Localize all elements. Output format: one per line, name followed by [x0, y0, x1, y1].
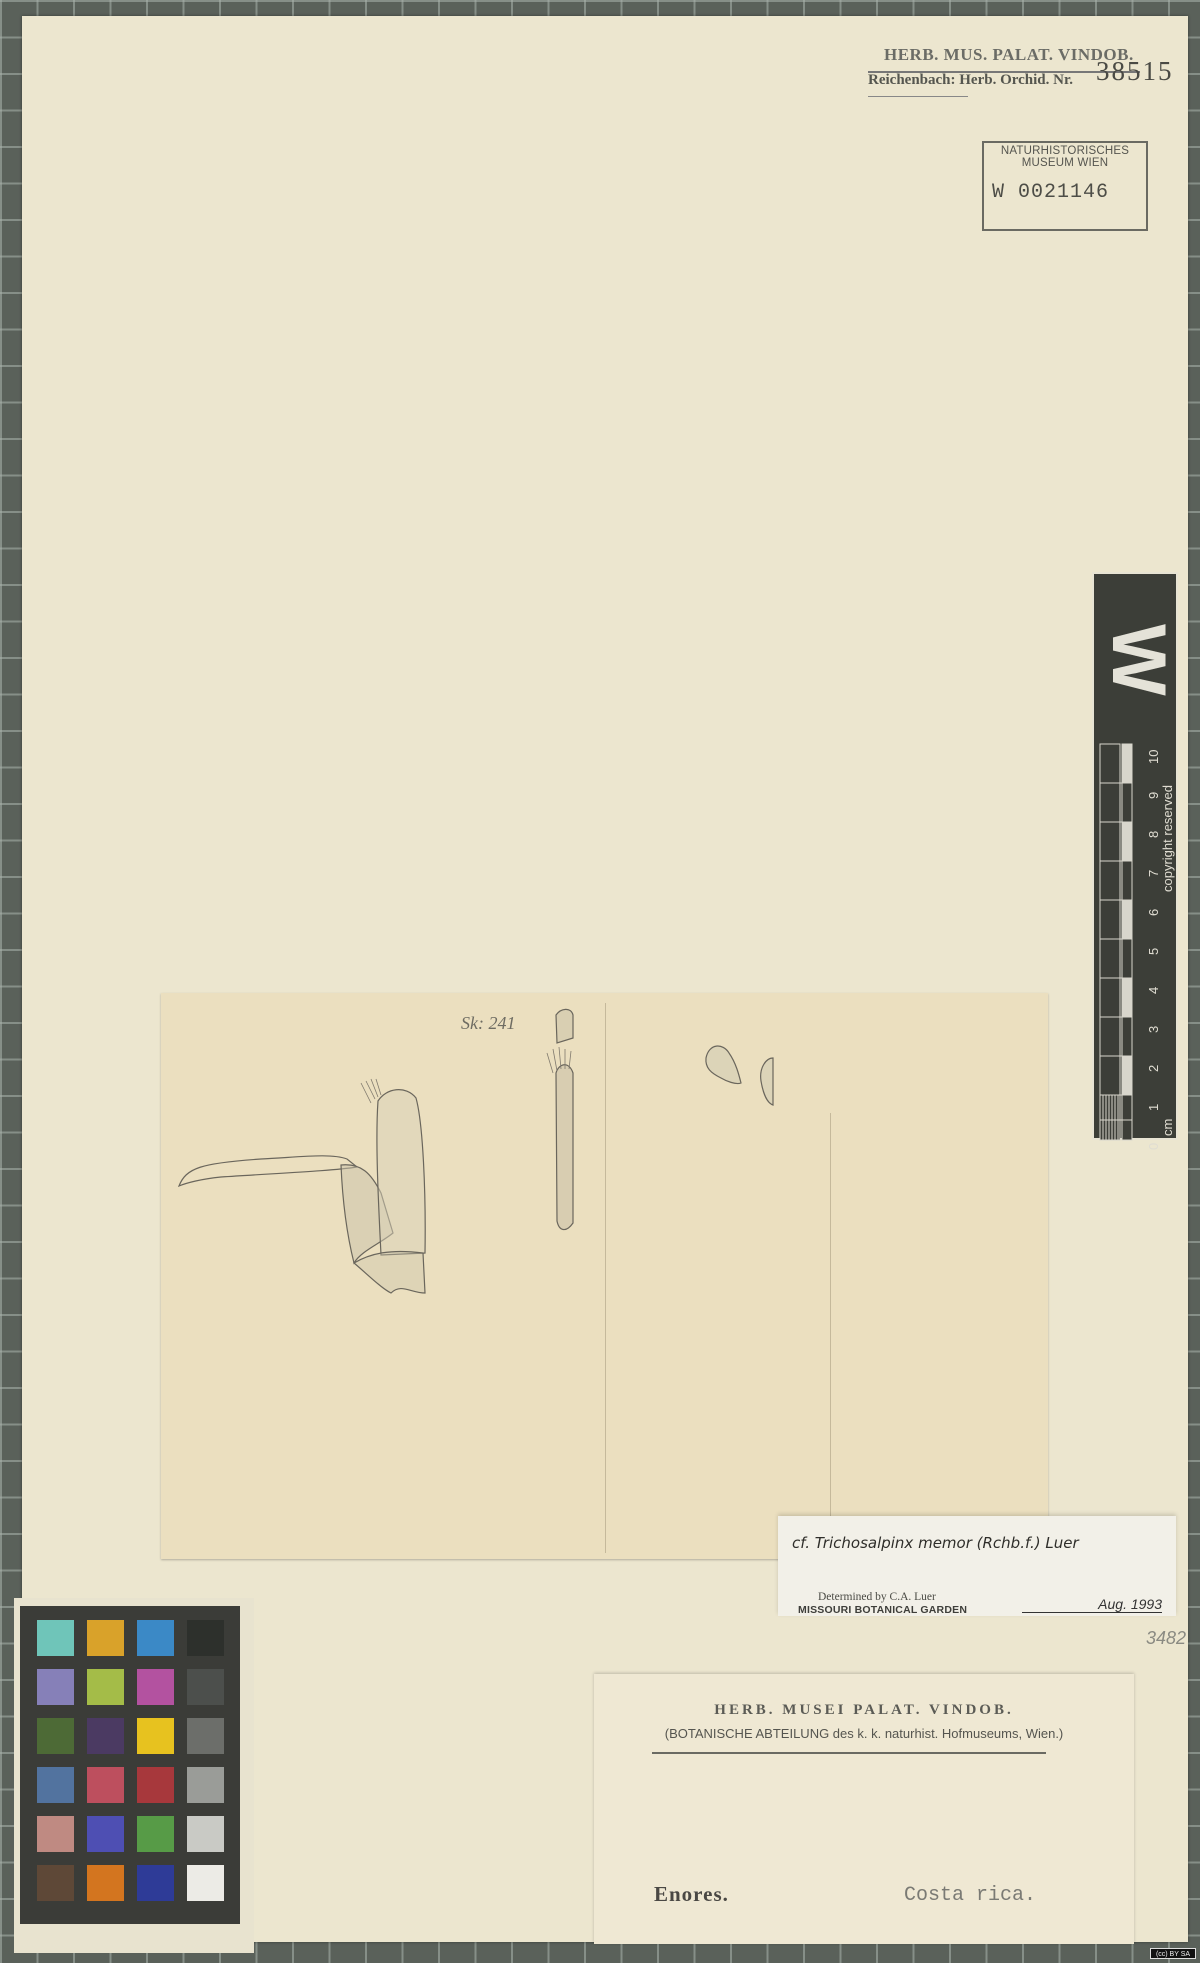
ruler-label-7: 7 [1146, 870, 1161, 877]
color-checker [20, 1606, 240, 1924]
museum-stamp-title: NATURHISTORISCHES MUSEUM WIEN [984, 145, 1146, 169]
country: Costa rica. [904, 1884, 1036, 1907]
color-patch [37, 1620, 74, 1656]
ruler-label-4: 4 [1146, 987, 1161, 994]
locality: Enores. [654, 1882, 729, 1907]
ruler-unit: cm [1160, 1119, 1175, 1136]
copyright-text: copyright reserved [1160, 785, 1175, 892]
color-patch [187, 1718, 224, 1754]
ruler-label-0: 0 [1146, 1143, 1161, 1150]
ruler-label-8: 8 [1146, 831, 1161, 838]
color-patch [87, 1718, 124, 1754]
color-patch [37, 1718, 74, 1754]
ruler-label-2: 2 [1146, 1065, 1161, 1072]
ruler-label-1: 1 [1146, 1104, 1161, 1111]
herbarium-label-title: HERB. MUSEI PALAT. VINDOB. [594, 1702, 1134, 1719]
color-patch [187, 1767, 224, 1803]
scale-bar: W 0 1 2 3 4 5 6 7 8 9 10 cm copyright re [1092, 572, 1178, 1140]
herbarium-label-subtitle: (BOTANISCHE ABTEILUNG des k. k. naturhis… [594, 1726, 1134, 1741]
ruler-label-5: 5 [1146, 948, 1161, 955]
taxon-name: cf. Trichosalpinx memor (Rchb.f.) Luer [792, 1534, 1079, 1552]
margin-note: 3482 [1146, 1628, 1186, 1649]
illustration-sheet: Sk: 241 [161, 993, 1048, 1559]
museum-stamp-line2: MUSEUM WIEN [984, 157, 1146, 169]
orchid-drawing-icon [161, 993, 1048, 1559]
color-patch [187, 1816, 224, 1852]
color-patch [137, 1620, 174, 1656]
determiner: Determined by C.A. Luer [818, 1591, 936, 1603]
color-patch [37, 1669, 74, 1705]
color-patch [37, 1767, 74, 1803]
w-logo-icon: W [1098, 624, 1178, 684]
color-patch [137, 1669, 174, 1705]
ruler-label-9: 9 [1146, 792, 1161, 799]
ruler-label-6: 6 [1146, 909, 1161, 916]
color-patch [187, 1620, 224, 1656]
color-patch [137, 1718, 174, 1754]
ruler-label-3: 3 [1146, 1026, 1161, 1033]
color-patch [37, 1865, 74, 1901]
color-patch [187, 1865, 224, 1901]
herbarium-label: HERB. MUSEI PALAT. VINDOB. (BOTANISCHE A… [594, 1674, 1134, 1944]
color-patch [37, 1816, 74, 1852]
color-patch [137, 1865, 174, 1901]
color-patch [137, 1816, 174, 1852]
cc-license-icon: (cc) BY SA [1150, 1948, 1196, 1959]
determiner-institution: MISSOURI BOTANICAL GARDEN [798, 1604, 967, 1616]
museum-stamp: NATURHISTORISCHES MUSEUM WIEN W 0021146 [982, 141, 1148, 231]
header-stamp-collection: Reichenbach: Herb. Orchid. Nr. [868, 72, 1073, 89]
ruler-ticks [1098, 742, 1142, 1142]
color-patch [87, 1767, 124, 1803]
color-patch [137, 1767, 174, 1803]
stamp-rule-lower [868, 96, 968, 97]
color-patch [87, 1620, 124, 1656]
color-patch [87, 1816, 124, 1852]
label-rule [652, 1752, 1046, 1754]
determination-label: cf. Trichosalpinx memor (Rchb.f.) Luer D… [778, 1516, 1176, 1616]
determination-date: Aug. 1993 [1022, 1596, 1162, 1613]
color-patch [87, 1865, 124, 1901]
museum-stamp-line1: NATURHISTORISCHES [984, 145, 1146, 157]
ruler-label-10: 10 [1146, 750, 1161, 764]
header-stamp-number: 38515 [1096, 56, 1174, 87]
color-patch [187, 1669, 224, 1705]
barcode-id: W 0021146 [992, 181, 1109, 204]
color-patch [87, 1669, 124, 1705]
